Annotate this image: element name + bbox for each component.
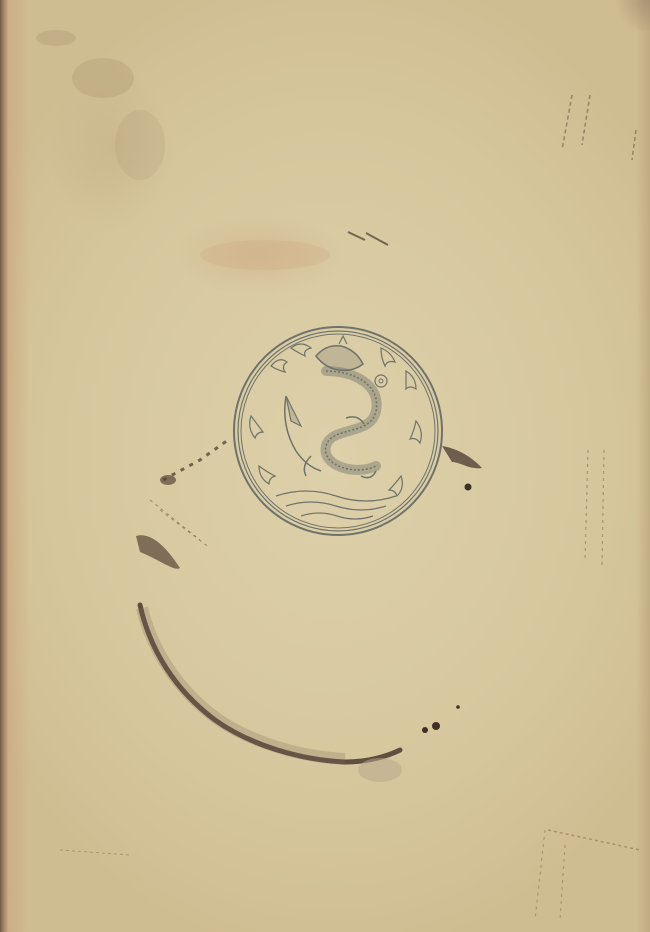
book-cover (0, 0, 650, 932)
dragon-seal-icon (231, 326, 445, 536)
